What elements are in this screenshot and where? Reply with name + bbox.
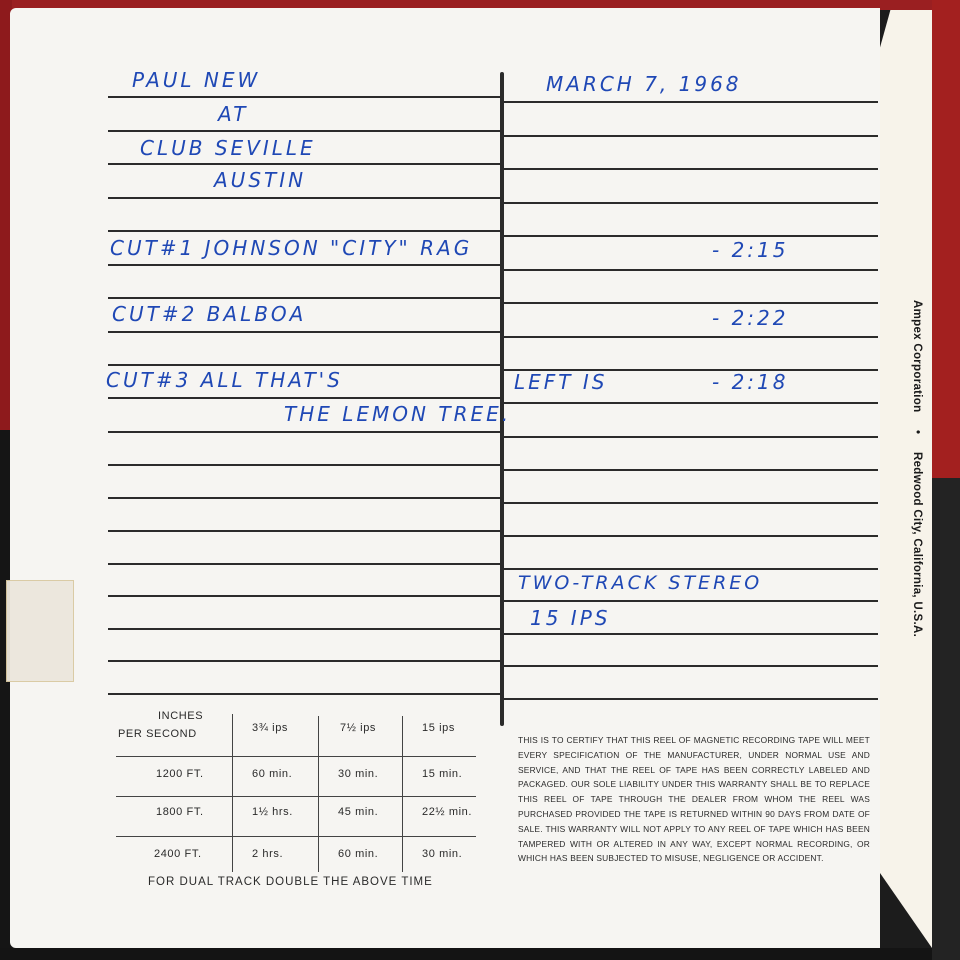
table-cell: 30 min. (338, 768, 378, 780)
table-col-3: 15 ips (422, 722, 455, 734)
ruled-line (502, 436, 878, 438)
spine-imprint: Ampex Corporation • Redwood City, Califo… (893, 300, 923, 770)
table-rule (116, 756, 476, 757)
ruled-line (502, 302, 878, 304)
table-rule (318, 716, 319, 872)
table-cell: 60 min. (338, 848, 378, 860)
ruled-line (108, 331, 502, 333)
ruled-line (502, 135, 878, 137)
ruled-line (502, 568, 878, 570)
table-col-1: 3¾ ips (252, 722, 288, 734)
ruled-line (108, 563, 502, 565)
ruled-line (502, 269, 878, 271)
spine-separator: • (911, 430, 923, 434)
torn-tape-patch (6, 580, 74, 682)
table-header-label-1: INCHES (158, 710, 203, 722)
warranty-text: This is to certify that this reel of mag… (518, 733, 870, 866)
table-rule (402, 716, 403, 872)
spine-location: Redwood City, California, U.S.A. (911, 452, 923, 637)
ruled-line (502, 202, 878, 204)
venue-name: CLUB SEVILLE (140, 136, 316, 160)
ruled-line (108, 595, 502, 597)
format-line-2: 15 IPS (530, 606, 610, 630)
table-row-length: 1800 FT. (156, 806, 204, 818)
table-cell: 2 hrs. (252, 848, 283, 860)
cut-1-duration: - 2:15 (712, 238, 789, 262)
ruled-line (502, 600, 878, 602)
ruled-line (108, 628, 502, 630)
table-row-length: 2400 FT. (154, 848, 202, 860)
recording-date: MARCH 7, 1968 (546, 72, 742, 96)
venue-city: AUSTIN (214, 168, 306, 192)
box-spine-black (932, 478, 960, 960)
ruled-line (108, 130, 502, 132)
ruled-line (502, 698, 878, 700)
format-line-1: TWO-TRACK STEREO (518, 572, 762, 594)
cut-2-duration: - 2:22 (712, 306, 789, 330)
ruled-line (502, 402, 878, 404)
table-cell: 30 min. (422, 848, 462, 860)
ruled-line (108, 397, 502, 399)
ruled-line (108, 230, 502, 232)
cut-3-title: CUT#3 ALL THAT'S (106, 368, 343, 392)
table-rule (116, 796, 476, 797)
ruled-line (108, 464, 502, 466)
table-rule (232, 714, 233, 872)
ruled-line (502, 502, 878, 504)
ruled-line (108, 497, 502, 499)
cut-1-title: CUT#1 JOHNSON "CITY" RAG (110, 236, 472, 260)
ruled-line (108, 264, 502, 266)
ruled-line (502, 633, 878, 635)
ruled-line (502, 535, 878, 537)
table-cell: 45 min. (338, 806, 378, 818)
table-cell: 15 min. (422, 768, 462, 780)
table-rule (116, 836, 476, 837)
cut-3-duration: - 2:18 (712, 370, 789, 394)
cut-3-title-mid: LEFT IS (514, 370, 607, 394)
table-col-2: 7½ ips (340, 722, 376, 734)
ruled-line (108, 197, 502, 199)
ruled-line (108, 693, 502, 695)
artist-name: PAUL NEW (132, 68, 260, 92)
table-cell: 22½ min. (422, 806, 472, 818)
box-frame-bottom (0, 948, 960, 960)
ruled-line (108, 530, 502, 532)
artist-at: AT (218, 102, 248, 126)
spine-company: Ampex Corporation (911, 300, 923, 412)
ruled-line (502, 469, 878, 471)
table-cell: 1½ hrs. (252, 806, 293, 818)
ruled-line (502, 336, 878, 338)
ruled-line (502, 168, 878, 170)
ruled-line (502, 665, 878, 667)
ruled-line (108, 431, 502, 433)
table-cell: 60 min. (252, 768, 292, 780)
ruled-line (108, 364, 502, 366)
center-divider (500, 72, 504, 726)
dual-track-footnote: FOR DUAL TRACK DOUBLE THE ABOVE TIME (148, 876, 433, 888)
ruled-line (108, 660, 502, 662)
cut-2-title: CUT#2 BALBOA (112, 302, 306, 326)
table-header-label-2: PER SECOND (118, 728, 197, 740)
ruled-line (108, 96, 502, 98)
ruled-line (502, 101, 878, 103)
ruled-line (108, 163, 502, 165)
ruled-line (502, 235, 878, 237)
box-spine-red (932, 0, 960, 478)
ruled-line (108, 297, 502, 299)
table-row-length: 1200 FT. (156, 768, 204, 780)
cut-3-title-continued: THE LEMON TREE. (284, 402, 511, 426)
